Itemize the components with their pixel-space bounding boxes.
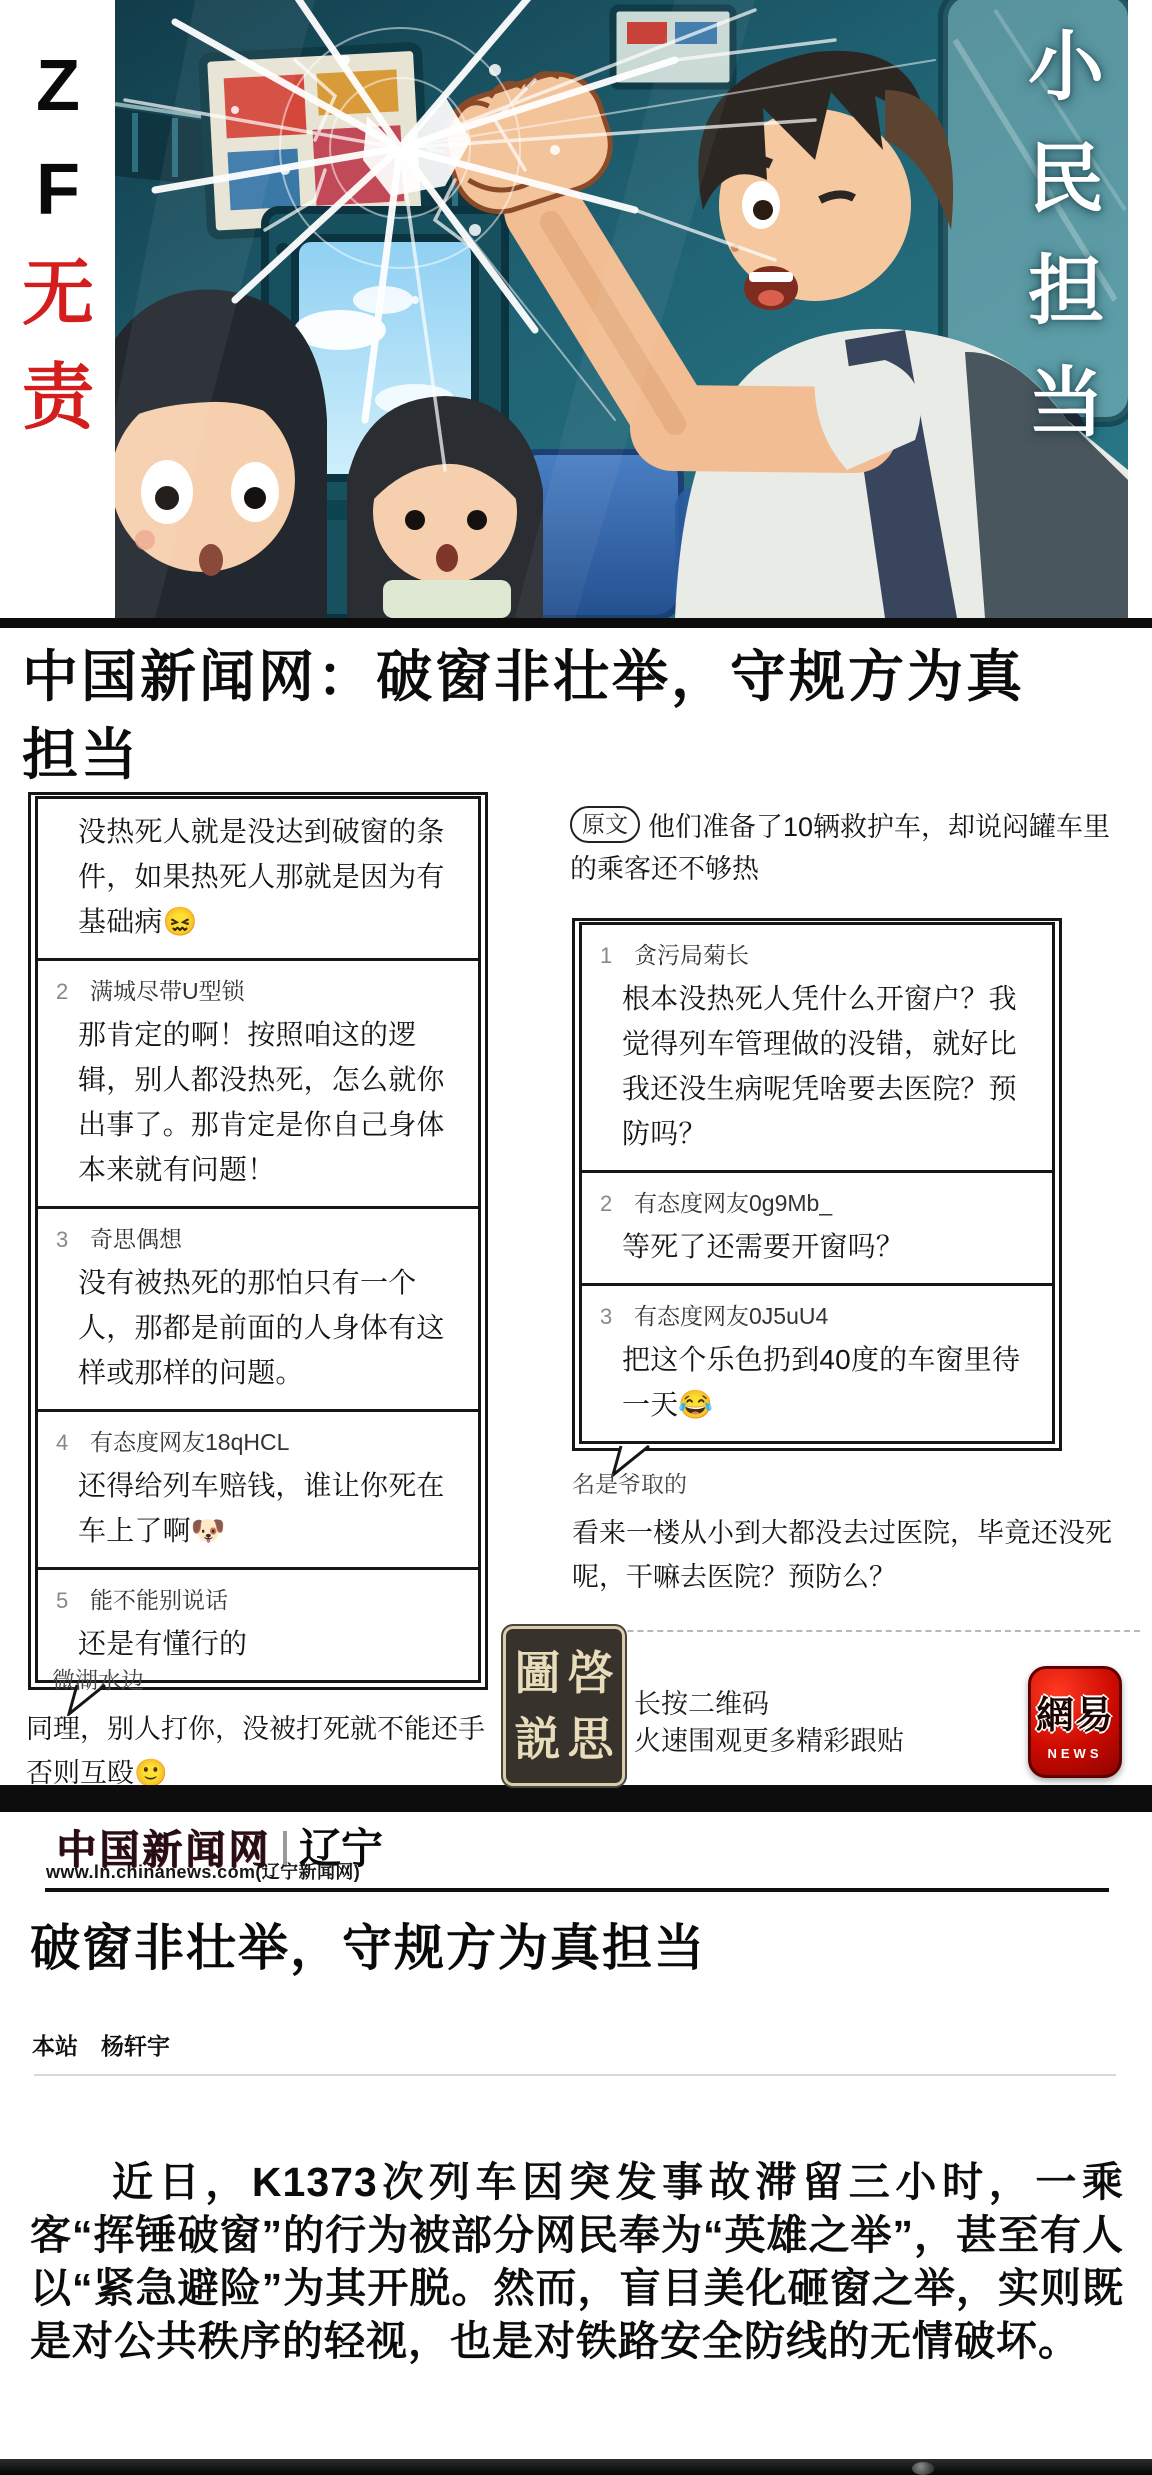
comment-username[interactable]: 有态度网友0g9Mb_ bbox=[634, 1190, 832, 1216]
comment-item[interactable]: 3奇思偶想 没有被热死的那怕只有一个人，那都是前面的人身体有这样或那样的问题。 bbox=[35, 1206, 481, 1412]
caption-left-vertical: ZF 无责 bbox=[12, 34, 104, 450]
comment-text: 等死了还需要开窗吗？ bbox=[622, 1224, 1044, 1269]
comment-text: 把这个乐色扔到40度的车窗里待一天😂 bbox=[622, 1337, 1044, 1427]
caption-right-vertical: 小民担当 bbox=[1016, 12, 1116, 460]
meme-headline-bar: 中国新闻网：破窗非壮举，守规方为真担当 bbox=[0, 628, 1152, 790]
left-comment-list: 没热死人就是没达到破窗的条件，如果热死人那就是因为有基础病😖 2满城尽带U型锁 … bbox=[35, 796, 481, 1683]
left-comment-bubble: 没热死人就是没达到破窗的条件，如果热死人那就是因为有基础病😖 2满城尽带U型锁 … bbox=[28, 792, 488, 1690]
comment-number: 4 bbox=[56, 1430, 76, 1456]
news-gray-rule bbox=[34, 2074, 1116, 2076]
news-article-title: 破窗非壮举，守规方为真担当 bbox=[30, 1908, 706, 1980]
stamp-char: 思 bbox=[568, 1716, 614, 1762]
left-replier: 微湖水边 同理，别人打你，没被打死就不能还手 否则互殴🙂 bbox=[26, 1662, 500, 1795]
comment-text: 还是有懂行的 bbox=[78, 1621, 472, 1666]
comment-number: 3 bbox=[56, 1227, 76, 1253]
camera-dot bbox=[912, 2462, 934, 2475]
comment-number: 2 bbox=[56, 979, 76, 1005]
bottom-status-bar bbox=[0, 2459, 1152, 2475]
caption-char: F bbox=[12, 138, 104, 242]
origin-text: 他们准备了10辆救护车，却说闷罐车里的乘客还不够热 bbox=[570, 812, 1110, 884]
comment-username[interactable]: 能不能别说话 bbox=[90, 1587, 228, 1613]
netease-logo-sub: NEWS bbox=[1048, 1746, 1103, 1761]
comment-item[interactable]: 没热死人就是没达到破窗的条件，如果热死人那就是因为有基础病😖 bbox=[35, 796, 481, 961]
comment-username[interactable]: 满城尽带U型锁 bbox=[90, 978, 245, 1004]
comment-text: 根本没热死人凭什么开窗户？我觉得列车管理做的没错，就好比我还没生病呢凭啥要去医院… bbox=[622, 976, 1044, 1156]
caption-char: 无 bbox=[12, 242, 104, 346]
comment-number: 1 bbox=[600, 943, 620, 969]
comment-username[interactable]: 贪污局菊长 bbox=[634, 942, 749, 968]
stamp-char: 説 bbox=[515, 1716, 561, 1762]
comment-username[interactable]: 奇思偶想 bbox=[90, 1226, 182, 1252]
page: ZF 无责 小民担当 中国新闻网：破窗非壮举，守规方为真担当 bbox=[0, 0, 1152, 2475]
comment-username[interactable]: 有态度网友0J5uU4 bbox=[634, 1303, 828, 1329]
comment-number: 5 bbox=[56, 1588, 76, 1614]
replier-text: 同理，别人打你，没被打死就不能还手 否则互殴🙂 bbox=[26, 1707, 500, 1795]
news-article-panel: 中国新闻网辽宁 www.ln.chinanews.com(辽宁新闻网) 破窗非壮… bbox=[0, 1812, 1152, 2452]
caption-char: Z bbox=[12, 34, 104, 138]
caption-char: 小 bbox=[1016, 12, 1116, 124]
qr-hint-line2: 火速围观更多精彩跟贴 bbox=[634, 1723, 904, 1760]
qr-hint-line1: 长按二维码 bbox=[634, 1686, 904, 1723]
original-post: 原文他们准备了10辆救护车，却说闷罐车里的乘客还不够热 bbox=[570, 806, 1115, 890]
netease-logo-text: 網易 bbox=[1036, 1684, 1114, 1739]
right-comment-bubble: 1贪污局菊长 根本没热死人凭什么开窗户？我觉得列车管理做的没错，就好比我还没生病… bbox=[572, 918, 1062, 1451]
comment-text: 还得给列车赔钱，谁让你死在车上了啊🐶 bbox=[78, 1463, 472, 1553]
netease-news-logo[interactable]: 網易 NEWS bbox=[1028, 1666, 1122, 1778]
news-rule bbox=[45, 1888, 1109, 1892]
stamp-char: 啓 bbox=[568, 1650, 614, 1696]
news-byline: 本站 杨轩宇 bbox=[32, 2028, 170, 2061]
right-comment-list: 1贪污局菊长 根本没热死人凭什么开窗户？我觉得列车管理做的没错，就好比我还没生病… bbox=[579, 922, 1055, 1444]
comment-item[interactable]: 4有态度网友18qHCL 还得给列车赔钱，谁让你死在车上了啊🐶 bbox=[35, 1409, 481, 1570]
caption-char: 担 bbox=[1016, 236, 1116, 348]
caption-char: 当 bbox=[1016, 348, 1116, 460]
caption-char: 民 bbox=[1016, 124, 1116, 236]
comment-item[interactable]: 2满城尽带U型锁 那肯定的啊！按照咱这的逻辑，别人都没热死，怎么就你出事了。那肯… bbox=[35, 958, 481, 1209]
comment-number: 3 bbox=[600, 1304, 620, 1330]
comment-header: 3有态度网友0J5uU4 bbox=[600, 1298, 1044, 1331]
replier-username[interactable]: 微湖水边 bbox=[52, 1662, 500, 1695]
news-body-paragraph: 近日，K1373次列车因突发事故滞留三小时，一乘客“挥锤破窗”的行为被部分网民奉… bbox=[30, 2156, 1124, 2368]
section-divider bbox=[0, 1785, 1152, 1812]
comments-section: 没热死人就是没达到破窗的条件，如果热死人那就是因为有基础病😖 2满城尽带U型锁 … bbox=[0, 790, 1152, 1785]
tushuo-qisi-stamp: 圖啓説思 bbox=[503, 1626, 625, 1786]
right-replier: 名是爷取的 看来一楼从小到大都没去过医院，毕竟还没死呢，干嘛去医院？预防么？ bbox=[572, 1466, 1128, 1599]
comment-header: 4有态度网友18qHCL bbox=[56, 1424, 472, 1457]
comment-username[interactable]: 有态度网友18qHCL bbox=[90, 1429, 289, 1455]
train-illustration bbox=[115, 0, 1128, 618]
caption-char: 责 bbox=[12, 346, 104, 450]
section-divider bbox=[0, 618, 1152, 628]
poster-illustration-panel: ZF 无责 小民担当 bbox=[0, 0, 1152, 618]
comment-text: 没有被热死的那怕只有一个人，那都是前面的人身体有这样或那样的问题。 bbox=[78, 1260, 472, 1395]
stamp-char: 圖 bbox=[515, 1650, 561, 1696]
replier-username[interactable]: 名是爷取的 bbox=[572, 1466, 1128, 1499]
comment-header: 3奇思偶想 bbox=[56, 1221, 472, 1254]
comment-header: 1贪污局菊长 bbox=[600, 937, 1044, 970]
comment-header: 2有态度网友0g9Mb_ bbox=[600, 1185, 1044, 1218]
news-site-url[interactable]: www.ln.chinanews.com(辽宁新闻网) bbox=[46, 1858, 360, 1884]
comment-header: 5能不能别说话 bbox=[56, 1582, 472, 1615]
meme-headline-text: 中国新闻网：破窗非壮举，守规方为真担当 bbox=[22, 638, 1064, 794]
comment-text: 那肯定的啊！按照咱这的逻辑，别人都没热死，怎么就你出事了。那肯定是你自己身体本来… bbox=[78, 1012, 472, 1192]
origin-label-pill: 原文 bbox=[570, 806, 640, 843]
comment-text: 没热死人就是没达到破窗的条件，如果热死人那就是因为有基础病😖 bbox=[78, 809, 472, 944]
comment-item[interactable]: 3有态度网友0J5uU4 把这个乐色扔到40度的车窗里待一天😂 bbox=[579, 1283, 1055, 1444]
comment-item[interactable]: 2有态度网友0g9Mb_ 等死了还需要开窗吗？ bbox=[579, 1170, 1055, 1286]
dashed-separator bbox=[558, 1630, 1140, 1632]
replier-text: 看来一楼从小到大都没去过医院，毕竟还没死呢，干嘛去医院？预防么？ bbox=[572, 1511, 1128, 1599]
qr-hint: 长按二维码 火速围观更多精彩跟贴 bbox=[634, 1686, 904, 1760]
comment-header: 2满城尽带U型锁 bbox=[56, 973, 472, 1006]
comment-item[interactable]: 1贪污局菊长 根本没热死人凭什么开窗户？我觉得列车管理做的没错，就好比我还没生病… bbox=[579, 922, 1055, 1173]
comment-number: 2 bbox=[600, 1191, 620, 1217]
